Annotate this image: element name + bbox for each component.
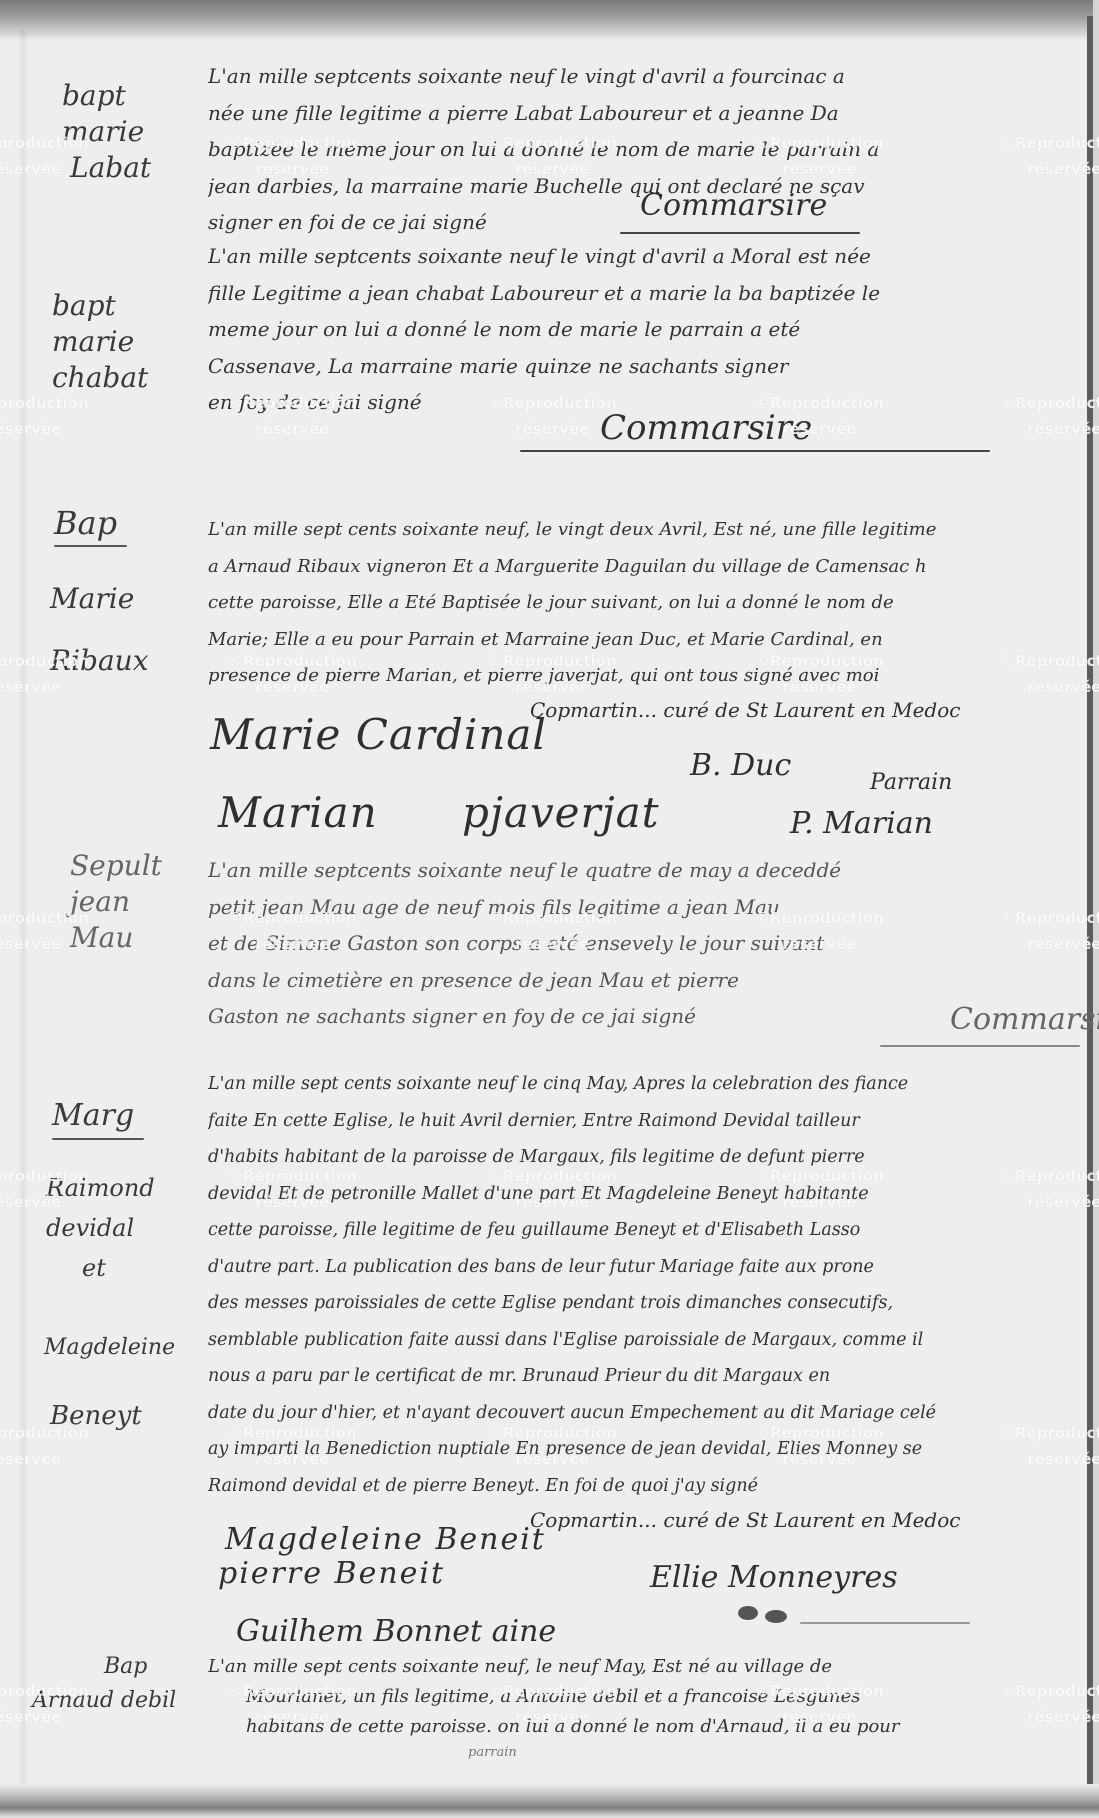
entry-line: meme jour on lui a donné le nom de marie… [208,311,1084,348]
margin-note-line: bapt [52,288,148,324]
page-right-strip [1093,0,1099,1818]
entry-line: date du jour d'hier, et n'ayant decouver… [208,1395,1084,1432]
entry-baptism-arnaud-debil: L'an mille sept cents soixante neuf, le … [208,1652,1084,1764]
margin-note-line: bapt [62,78,151,114]
entry-line: presence de pierre Marian, et pierre jav… [208,658,1084,695]
entry-line: Marie; Elle a eu pour Parrain et Marrain… [208,622,1084,659]
ink-blot [738,1606,758,1620]
margin-note-line: et [46,1248,155,1288]
signature-guilhem-bonnet: Guilhem Bonnet aine [236,1614,556,1649]
margin-note-line: marie [52,324,148,360]
signature-javerjat: pjaverjat [462,788,660,837]
margin-note-2: bapt marie chabat [52,288,148,396]
entry-line: L'an mille septcents soixante neuf le vi… [208,238,1084,275]
curate-line-5: Copmartin... curé de St Laurent en Medoc [530,1508,960,1532]
signature-pierre-beneit: pierre Beneit [218,1556,445,1591]
signature-curate-2: Commarsire [600,408,812,448]
entry-line: petit jean Mau age de neuf mois fils leg… [208,889,1084,926]
signature-curate-4: Commarsire [950,1002,1099,1037]
entry-line: habitans de cette paroisse. on lui a don… [208,1712,1084,1742]
margin-note-line: Marg [52,1098,134,1134]
entry-line: baptizée le meme jour on lui a donné le … [208,131,1084,168]
entry-line: L'an mille septcents soixante neuf le vi… [208,58,1084,95]
entry-line: devidal Et de petronille Mallet d'une pa… [208,1176,1084,1213]
margin-note-line: Ribaux [50,630,148,692]
margin-note-line: Arnaud debil [32,1684,176,1718]
margin-note-line: marie [62,114,151,150]
margin-note-5: Sepult jean Mau [70,848,162,956]
margin-note-line: jean [70,884,162,920]
signature-duc: B. Duc [690,748,791,783]
margin-note-line: chabat [52,360,148,396]
entry-line: cette paroisse, Elle a Eté Baptisée le j… [208,585,1084,622]
entry-baptism-marie-ribaux: L'an mille sept cents soixante neuf, le … [208,512,1084,695]
entry-line: L'an mille sept cents soixante neuf, le … [208,512,1084,549]
entry-line: cette paroisse, fille legitime de feu gu… [208,1212,1084,1249]
page-bottom-edge [0,1784,1099,1818]
margin-note-line: Labat [62,150,151,186]
signature-magdeleine-beneit: Magdeleine Beneit [225,1522,546,1557]
signature-flourish [880,1045,1080,1047]
margin-note-10: Bap Arnaud debil [32,1650,176,1718]
signature-flourish [620,232,860,234]
entry-line: d'habits habitant de la paroisse de Marg… [208,1139,1084,1176]
margin-note-line: Sepult [70,848,162,884]
entry-line: faite En cette Eglise, le huit Avril der… [208,1103,1084,1140]
margin-note-line: devidal [46,1208,155,1248]
entry-line: L'an mille sept cents soixante neuf le c… [208,1066,1084,1103]
entry-line: parrain [208,1742,1084,1764]
margin-note-line: Bap [54,505,117,541]
signature-marie-cardinal: Marie Cardinal [210,710,547,759]
entry-line: a Arnaud Ribaux vigneron Et a Marguerite… [208,549,1084,586]
margin-note-line: Beneyt [50,1398,142,1434]
signature-ellie-monneyres: Ellie Monneyres [650,1560,898,1595]
margin-note-9: Beneyt [50,1398,142,1434]
margin-note-line: Mau [70,920,162,956]
signature-parrain-label: Parrain [870,770,952,795]
entry-line: semblable publication faite aussi dans l… [208,1322,1084,1359]
margin-note-line: Magdeleine [44,1330,175,1366]
signature-curate-1: Commarsire [640,188,827,223]
entry-line: dans le cimetière en presence de jean Ma… [208,962,1084,999]
entry-line: L'an mille septcents soixante neuf le qu… [208,852,1084,889]
entry-baptism-marie-chabat: L'an mille septcents soixante neuf le vi… [208,238,1084,421]
margin-note-6: Marg [52,1098,134,1134]
entry-line: nous a paru par le certificat de mr. Bru… [208,1358,1084,1395]
entry-line: ay imparti la Benediction nuptiale En pr… [208,1431,1084,1468]
margin-note-line: Bap [32,1650,176,1684]
entry-line: née une fille legitime a pierre Labat La… [208,95,1084,132]
margin-note-4: Marie Ribaux [50,568,148,692]
signature-flourish [800,1622,970,1624]
margin-note-line: Raimond [46,1168,155,1208]
signature-p-marian: P. Marian [790,806,933,841]
entry-line: des messes paroissiales de cette Eglise … [208,1285,1084,1322]
entry-line: d'autre part. La publication des bans de… [208,1249,1084,1286]
entry-line: Raimond devidal et de pierre Beneyt. En … [208,1468,1084,1505]
margin-note-line: Marie [50,568,148,630]
ink-blot [765,1610,787,1623]
margin-note-8: Magdeleine [44,1330,175,1366]
entry-marriage-devidal-beneyt: L'an mille sept cents soixante neuf le c… [208,1066,1084,1504]
entry-line: Mourlanet, un fils legitime, a Antoine d… [208,1682,1084,1712]
margin-note-7: Raimond devidal et [46,1168,155,1288]
entry-line: L'an mille sept cents soixante neuf, le … [208,1652,1084,1682]
register-page: bapt marie Labat bapt marie chabat Bap M… [0,0,1099,1818]
signature-marian: Marian [218,788,378,837]
margin-note-3: Bap [54,505,117,541]
entry-line: et de Simone Gaston son corps a eté ense… [208,925,1084,962]
margin-column: bapt marie Labat bapt marie chabat Bap M… [0,0,200,1818]
signature-flourish [520,450,990,452]
curate-line-3: Copmartin... curé de St Laurent en Medoc [530,698,960,722]
margin-note-1: bapt marie Labat [62,78,151,186]
entry-line: Cassenave, La marraine marie quinze ne s… [208,348,1084,385]
entry-line: fille Legitime a jean chabat Laboureur e… [208,275,1084,312]
